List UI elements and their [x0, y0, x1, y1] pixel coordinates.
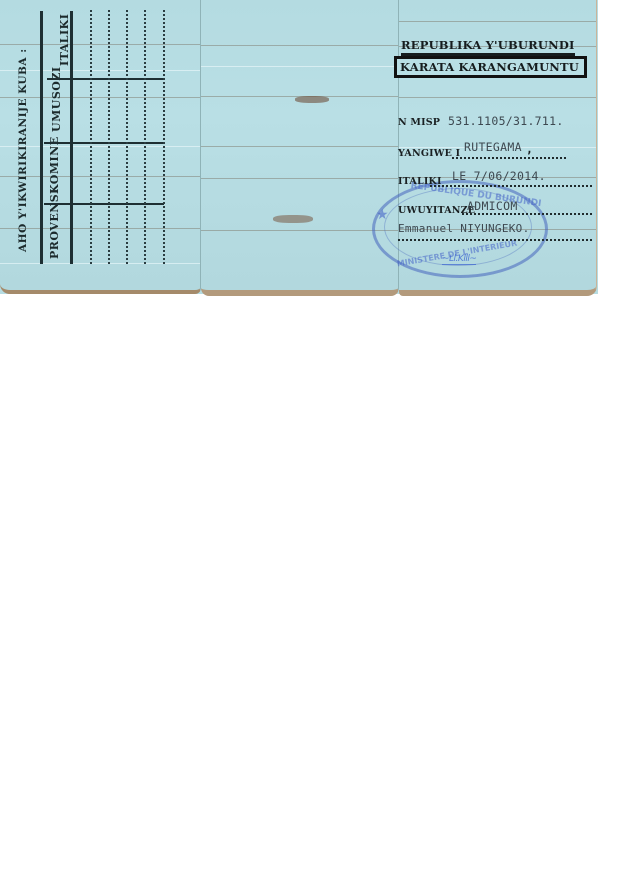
column-header-umusozi: UMUSOZI: [50, 66, 63, 132]
field-label-misp: N MISP: [398, 117, 440, 128]
residence-heading: AHO Y'IKWIRIKIRANIJE KUBA :: [17, 48, 29, 252]
column-header-italiki: ITALIKI: [58, 14, 71, 66]
entry-row-4: [144, 10, 146, 266]
field-label-issued-at: YANGIWE I: [398, 148, 460, 159]
star-icon: ★: [376, 207, 389, 223]
country-title: REPUBLIKA Y'UBURUNDI: [401, 38, 575, 56]
field-value-issuer-name: Emmanuel NIYUNGEKO.: [398, 222, 530, 235]
column-header-provensi: PROVENSI: [48, 188, 61, 259]
ink-stain: [295, 96, 329, 103]
field-value-issuer: ADMICOM: [467, 199, 518, 213]
field-value-date: LE 7/06/2014.: [452, 169, 546, 183]
stamp-signature: ~Ll.Klll~: [442, 254, 476, 265]
middle-panel-blank: [201, 0, 399, 296]
identity-card: AHO Y'IKWIRIKIRANIJE KUBA : PROVENSI KOM…: [0, 0, 598, 294]
field-value-issued-at: RUTEGAMA: [464, 140, 522, 154]
left-panel-residence-table: AHO Y'IKWIRIKIRANIJE KUBA : PROVENSI KOM…: [0, 0, 201, 294]
entry-row-2: [108, 10, 110, 266]
column-divider-3: [47, 78, 165, 80]
field-dots-issuer-name: [398, 239, 594, 241]
column-header-komine: KOMINE: [48, 136, 61, 194]
entry-row-5: [163, 10, 165, 266]
entry-row-1: [90, 10, 92, 266]
entry-row-3: [126, 10, 128, 266]
field-dots-date: [430, 185, 592, 187]
field-dots-issuer: [462, 213, 594, 215]
field-dots-issued-at: [452, 157, 566, 159]
field-suffix-comma: ,: [526, 142, 533, 156]
column-divider-2: [44, 142, 165, 144]
table-border-left: [40, 11, 43, 264]
card-title: KARATA KARANGAMUNTU: [394, 56, 587, 78]
field-value-misp: 531.1105/31.711.: [448, 114, 564, 128]
column-divider-1: [44, 203, 164, 205]
ink-stain: [273, 215, 313, 223]
